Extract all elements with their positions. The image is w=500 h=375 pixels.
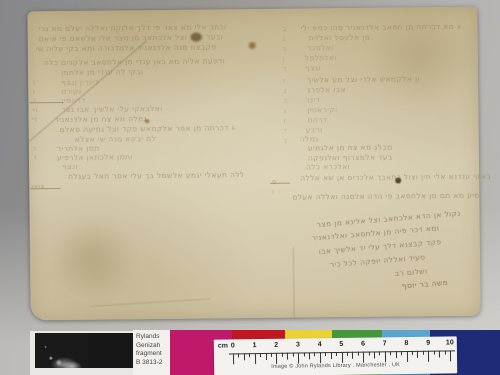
grayscale-target-card <box>30 331 135 375</box>
ruler-tick-half <box>417 350 418 357</box>
script-line: ונצף <box>305 63 333 73</box>
script-line: ובקי לה ענדי מן אלתמן <box>61 67 176 78</box>
script-line: תמן אלחריר <box>57 143 117 154</box>
script-line: ד <box>33 153 43 163</box>
ruler-number: 3 <box>291 341 305 348</box>
ruler-tick-major <box>255 353 256 364</box>
label-line: B 3813-2 <box>136 359 170 368</box>
ruler-tick-major <box>320 352 321 363</box>
script-line: ד <box>284 127 296 137</box>
script-line: ו <box>284 117 296 127</box>
ruler-tick-major <box>298 352 299 363</box>
script-line: ושלום רב <box>394 264 461 279</box>
label-line: Rylands <box>136 333 170 342</box>
ruler-number: 7 <box>378 340 392 347</box>
paper-crease <box>91 298 211 307</box>
script-line: ב <box>284 137 296 147</box>
paper-crease <box>28 41 146 143</box>
ruler-tick-half <box>374 351 375 358</box>
script-line: דרהם <box>307 115 337 125</box>
ruler-number: 4 <box>313 341 327 348</box>
script-line: ודפעת אליה מא כאן ענדי מן אלחסאב אלקדים … <box>44 56 259 68</box>
script-line: ו <box>272 188 286 198</box>
script-line: ואלפלפל <box>305 53 345 63</box>
script-line: משה בר יוסף <box>401 276 470 291</box>
script-line: ואלבאקי עלי אלשיך אבו נצר <box>61 104 181 115</box>
ruler-number: 1 <box>247 342 261 349</box>
script-line: ומא דכר פיה מן אלחסאב ואלדנאניר <box>311 221 466 243</box>
paper-stain <box>45 215 141 301</box>
script-line: דינר <box>305 95 331 105</box>
script-line: וקיראטין <box>307 105 347 115</box>
ruler-number: 6 <box>356 341 370 348</box>
script-line: פקבצת מנה אלדנאניר אלמדכורה ומא בקי עליה… <box>36 42 261 54</box>
manuscript-fragment: וכתב אלי מא צאר פי דלך אלוקת ואללה יעלם … <box>27 7 480 321</box>
ruler-tick-half <box>265 352 266 359</box>
script-line: ומא דכרתה מן אמר אלקמאש פקד וצל גמיעה סא… <box>60 123 235 135</box>
script-line: ה <box>283 97 295 107</box>
script-rule <box>270 183 290 185</box>
grayscale-patch-black <box>88 333 134 368</box>
script-line: ב <box>283 25 295 35</box>
label-line: fragment <box>136 350 170 359</box>
ruler-tick-half <box>287 352 288 359</box>
ink-stain <box>145 119 150 123</box>
ruler-tick-major <box>341 351 342 362</box>
ruler-tick-half <box>352 351 353 358</box>
script-line: ואללה תעאלי יגמע אלשמל בך עלי אסר חאל בע… <box>68 170 243 182</box>
ink-stain <box>191 33 202 42</box>
script-line: ה <box>283 45 295 55</box>
script-line: והדא גמיע מא תם מן אלחסאב פי הדה אלסנה ו… <box>292 191 478 203</box>
script-line: סעיד ואללה יופקה לכל כיר <box>329 249 469 270</box>
script-line: לם יבקא מנה שי אצלא <box>75 134 180 145</box>
ruler-tick-major <box>233 353 234 364</box>
ruler-tick-major <box>363 351 364 362</box>
ink-stain <box>249 42 256 49</box>
ruler-tick-major <box>385 351 386 362</box>
ruler-card: cm 012345678910 Image © John Rylands Lib… <box>214 336 457 375</box>
script-line: ב <box>283 87 295 97</box>
ruler-tick-half <box>244 353 245 360</box>
script-line: אבו אלפרג <box>307 85 357 96</box>
script-line: נקול אן הדא אלכתאב וצל אלינא מן מצר <box>316 208 466 230</box>
shelfmark-label: Rylands Genizah fragment B 3813-2 <box>133 330 170 375</box>
script-line: ג <box>283 107 295 117</box>
script-line: ד <box>283 65 295 75</box>
ruler-number: 0 <box>226 342 240 349</box>
script-line: ורבע <box>306 125 342 135</box>
script-line: פקד קבצנא דלך עלי יד אלשיך אבו <box>318 235 463 257</box>
script-line: ב <box>32 78 42 88</box>
script-line: ג <box>32 87 42 97</box>
photo-stage: וכתב אלי מא צאר פי דלך אלוקת ואללה יעלם … <box>0 0 500 375</box>
script-line: בעד אלמצרוף ואלנפקה <box>308 152 410 163</box>
script-line: ואלכרא כלה <box>306 162 364 173</box>
ruler-number: 10 <box>443 339 457 346</box>
copyright-credit: Image © John Rylands Library . Mancheste… <box>214 361 457 370</box>
script-line: ג <box>283 35 295 45</box>
script-line: ו <box>283 55 295 65</box>
script-line: מבלג מא צח מן אלגמיע <box>308 142 400 153</box>
paper-stain <box>357 7 478 108</box>
ruler-tick-half <box>439 350 440 357</box>
ruler-number: 9 <box>421 340 435 347</box>
script-line: וכתב אלי מא צאר פי דלך אלוקת ואללה יעלם … <box>39 22 254 34</box>
script-line: ואלסכר <box>307 43 341 53</box>
script-line: גמלה <box>300 134 326 144</box>
grayscale-patch-textured <box>35 333 88 368</box>
paper-crease <box>293 247 295 319</box>
ruler-number: 8 <box>399 340 413 347</box>
ruler-tick-half <box>309 352 310 359</box>
script-line: ויי <box>32 106 46 116</box>
script-line: ונצף <box>62 162 87 172</box>
ruler-tick-half <box>396 351 397 358</box>
label-line: Genizah <box>136 342 170 351</box>
script-line: גמלה מא צח מן אלדנאניר <box>54 114 169 125</box>
script-rule <box>30 188 60 190</box>
ruler-tick-major <box>276 352 277 363</box>
script-note-block: נקול אן הדא אלכתאב וצל אלינא מן מצרומא ד… <box>303 203 481 302</box>
ruler-tick-major <box>450 350 451 361</box>
ruler-number: 2 <box>269 342 283 349</box>
ink-blot <box>395 177 401 183</box>
ruler-number: 5 <box>334 341 348 348</box>
ruler-tick-major <box>407 350 408 361</box>
script-line: ב <box>33 144 43 154</box>
script-rule <box>29 102 63 104</box>
ruler-tick-half <box>331 352 332 359</box>
script-line: ז <box>283 77 295 87</box>
script-line: ותמן אלכתאן אלרפיע <box>57 152 147 163</box>
script-line: ובעד דלך וצל אלכתאב מן מצר אלי אלשאם פי … <box>39 32 259 44</box>
ruler-tick-major <box>428 350 429 361</box>
